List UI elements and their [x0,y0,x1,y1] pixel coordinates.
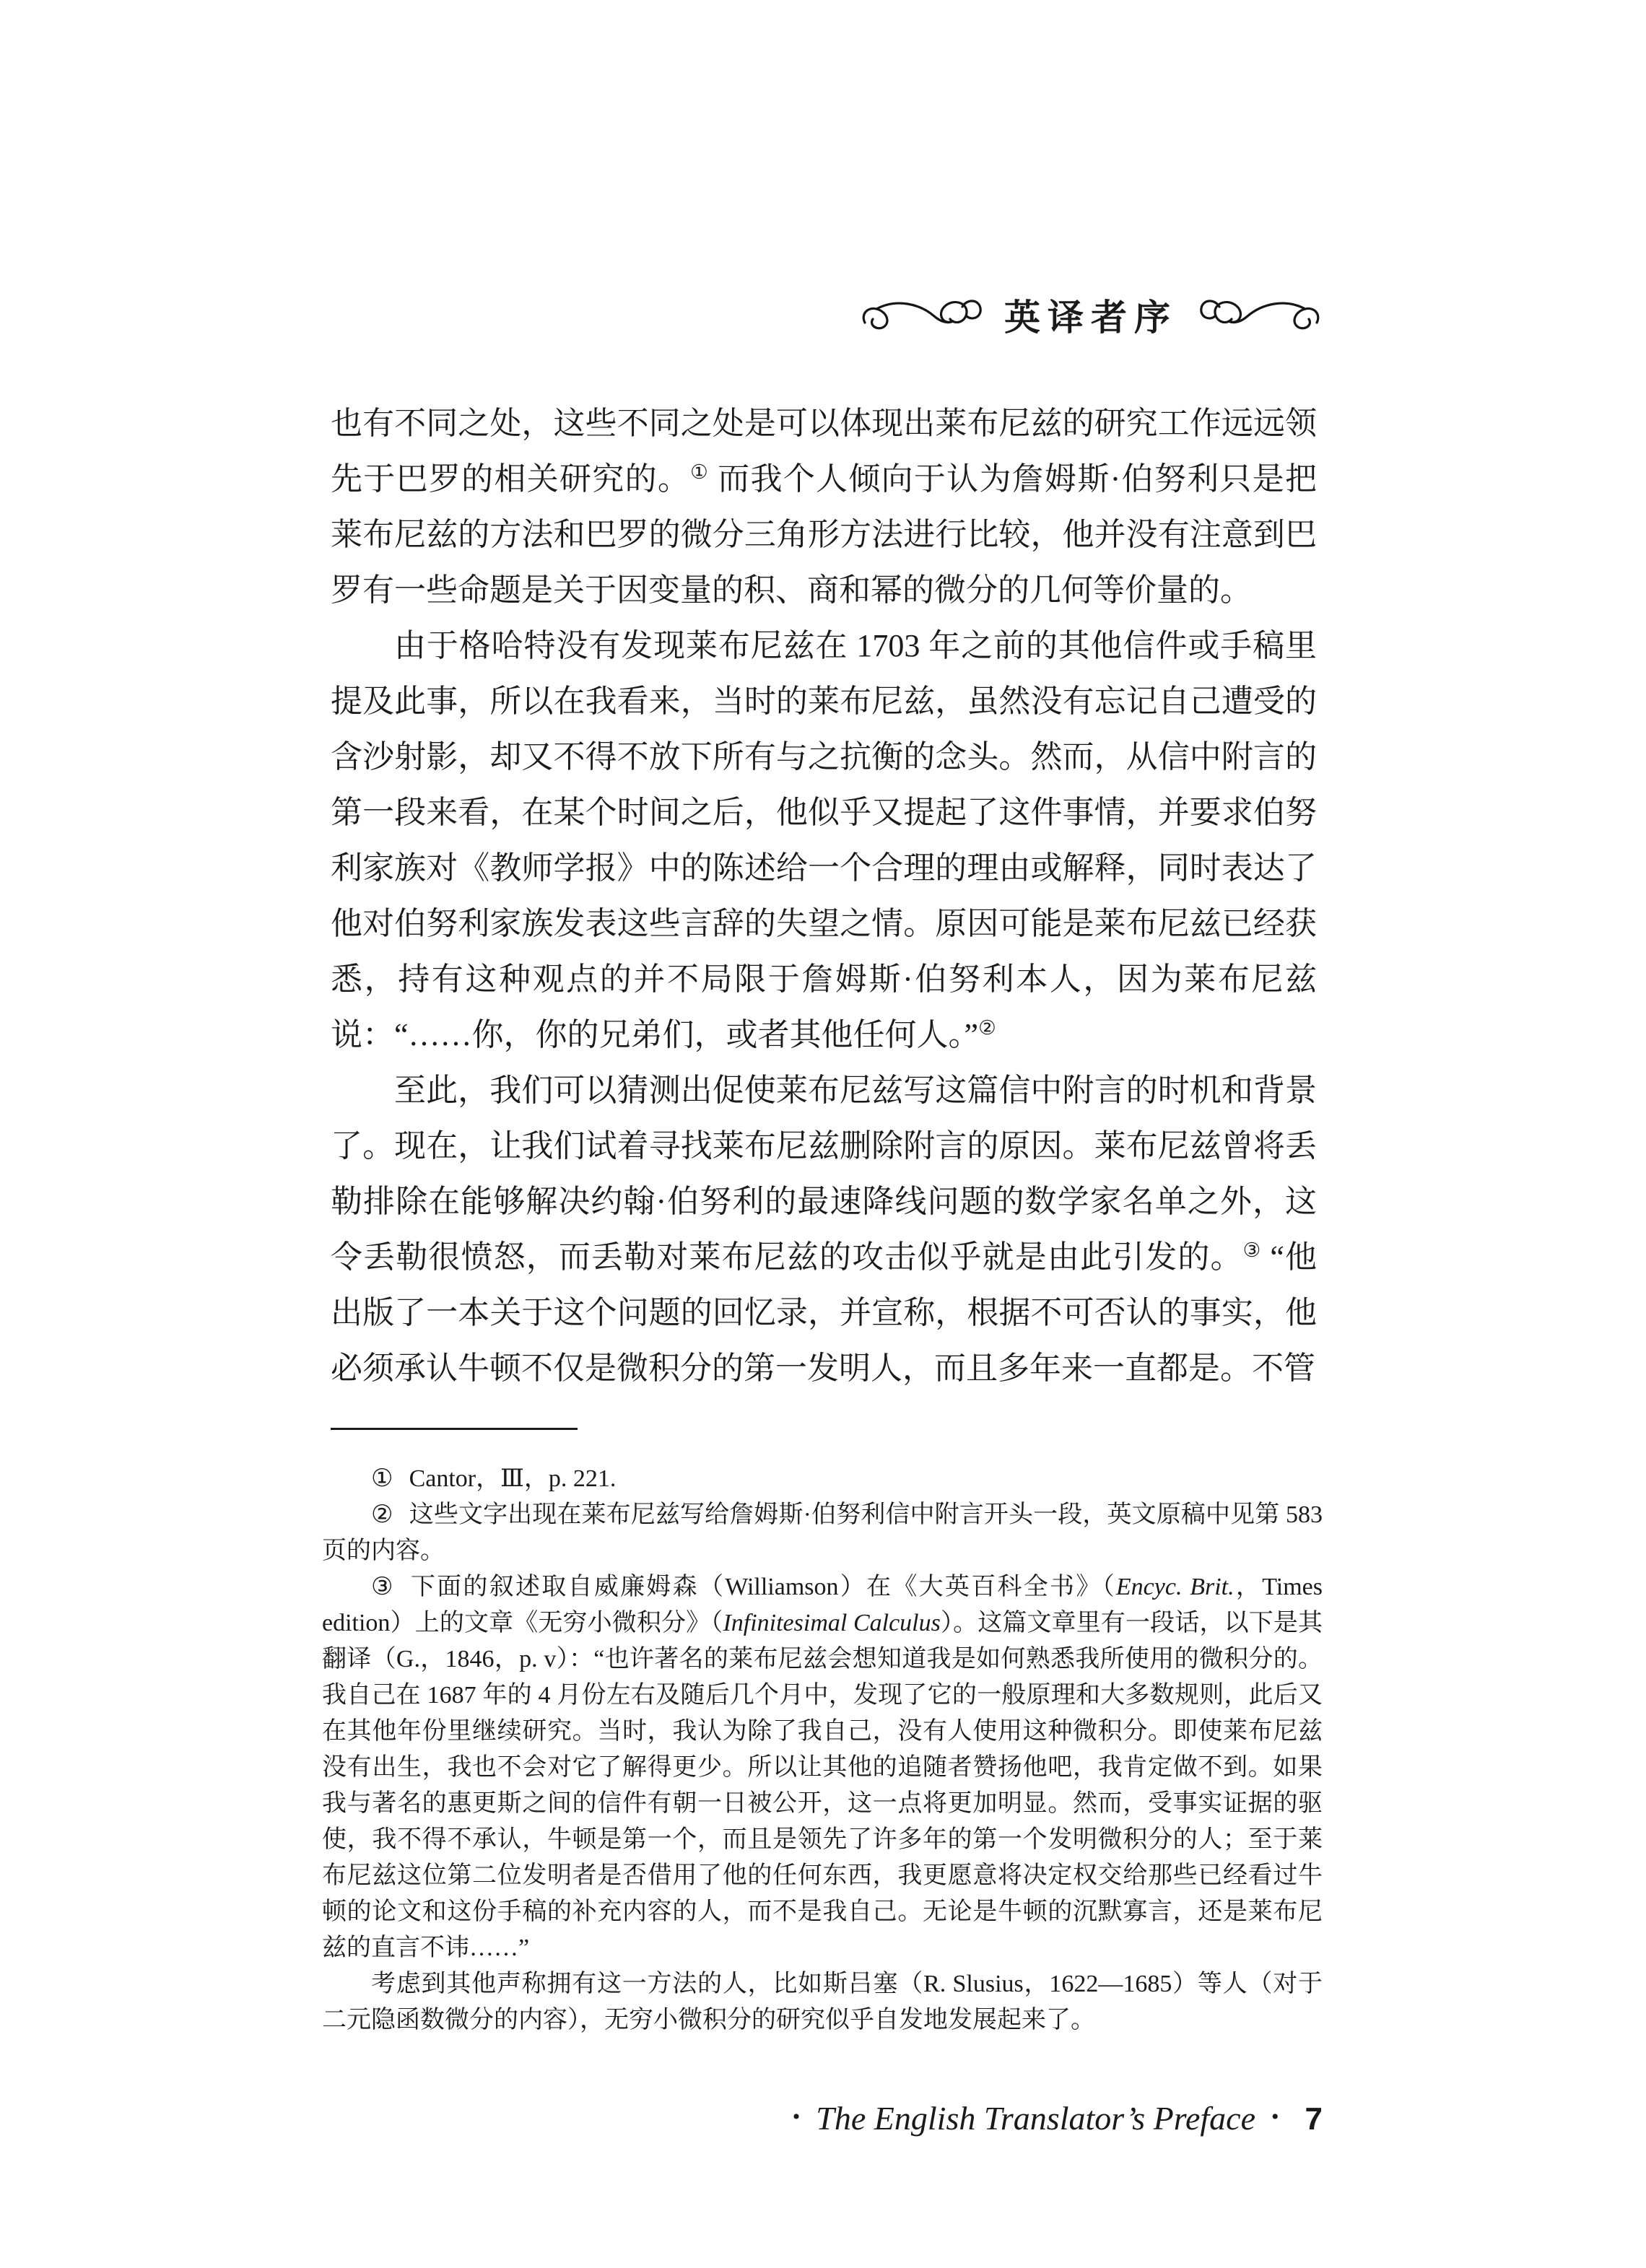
text-segment: 至此，我们可以猜测出促使莱布尼兹写这篇信中附言的时机和背景了。现在，让我们试着寻… [331,1073,1317,1275]
footer-right-dot: • [1271,2105,1279,2129]
page-number: 7 [1305,2101,1323,2137]
text-segment: 由于格哈特没有发现莱布尼兹在 1703 年之前的其他信件或手稿里提及此事，所以在… [331,628,1317,1052]
text-segment: 这些文字出现在莱布尼兹写给詹姆斯·伯努利信中附言开头一段，英文原稿中见第 583… [322,1501,1323,1564]
text-segment: 下面的叙述取自威廉姆森（Williamson）在《大英百科全书》（ [411,1574,1116,1600]
text-segment: ）。这篇文章里有一段话，以下是其翻译（G.，1846，p. v）：“也许著名的莱… [322,1610,1323,1961]
footnote-marker: ② [371,1501,393,1528]
text-segment: Encyc. Brit. [1116,1574,1234,1600]
footnote-marker: ③ [371,1574,395,1600]
body-paragraphs: 也有不同之处，这些不同之处是可以体现出莱布尼兹的研究工作远远领先于巴罗的相关研究… [331,396,1317,1396]
chapter-title: 英译者序 [1004,300,1177,336]
footnote-reference: ① [690,461,709,483]
text-segment: 考虑到其他声称拥有这一方法的人，比如斯吕塞（R. Slusius，1622—16… [322,1971,1323,2033]
body-paragraph: 也有不同之处，这些不同之处是可以体现出莱布尼兹的研究工作远远领先于巴罗的相关研究… [331,396,1317,618]
footnote-reference: ② [978,1017,996,1039]
text-segment: Cantor，Ⅲ，p. 221. [409,1465,617,1492]
flourish-right-icon [1196,292,1323,343]
running-title: The English Translator’s Preface [816,2100,1255,2137]
footnote-list: ①Cantor，Ⅲ，p. 221.②这些文字出现在莱布尼兹写给詹姆斯·伯努利信中… [322,1461,1323,2038]
page-footer: •The English Translator’s Preface•7 [331,2099,1323,2137]
chapter-header: 英译者序 [331,289,1323,346]
footnote-item: 考虑到其他声称拥有这一方法的人，比如斯吕塞（R. Slusius，1622—16… [322,1966,1323,2038]
footnote-item: ③下面的叙述取自威廉姆森（Williamson）在《大英百科全书》（Encyc.… [322,1569,1323,1966]
text-segment: Infinitesimal Calculus [723,1610,940,1636]
body-paragraph: 由于格哈特没有发现莱布尼兹在 1703 年之前的其他信件或手稿里提及此事，所以在… [331,618,1317,1063]
flourish-left-icon [859,292,985,343]
footer-left-dot: • [793,2105,801,2129]
footnote-reference: ③ [1243,1239,1262,1261]
footnote-item: ②这些文字出现在莱布尼兹写给詹姆斯·伯努利信中附言开头一段，英文原稿中见第 58… [322,1497,1323,1569]
footnote-divider [331,1428,578,1430]
footnote-item: ①Cantor，Ⅲ，p. 221. [322,1461,1323,1497]
book-page: 英译者序 也有不同之处，这些不同之处是可以体现出莱布尼兹的研究工作远远领先于巴罗… [0,0,1646,2268]
footnote-marker: ① [371,1465,393,1492]
body-paragraph: 至此，我们可以猜测出促使莱布尼兹写这篇信中附言的时机和背景了。现在，让我们试着寻… [331,1063,1317,1396]
